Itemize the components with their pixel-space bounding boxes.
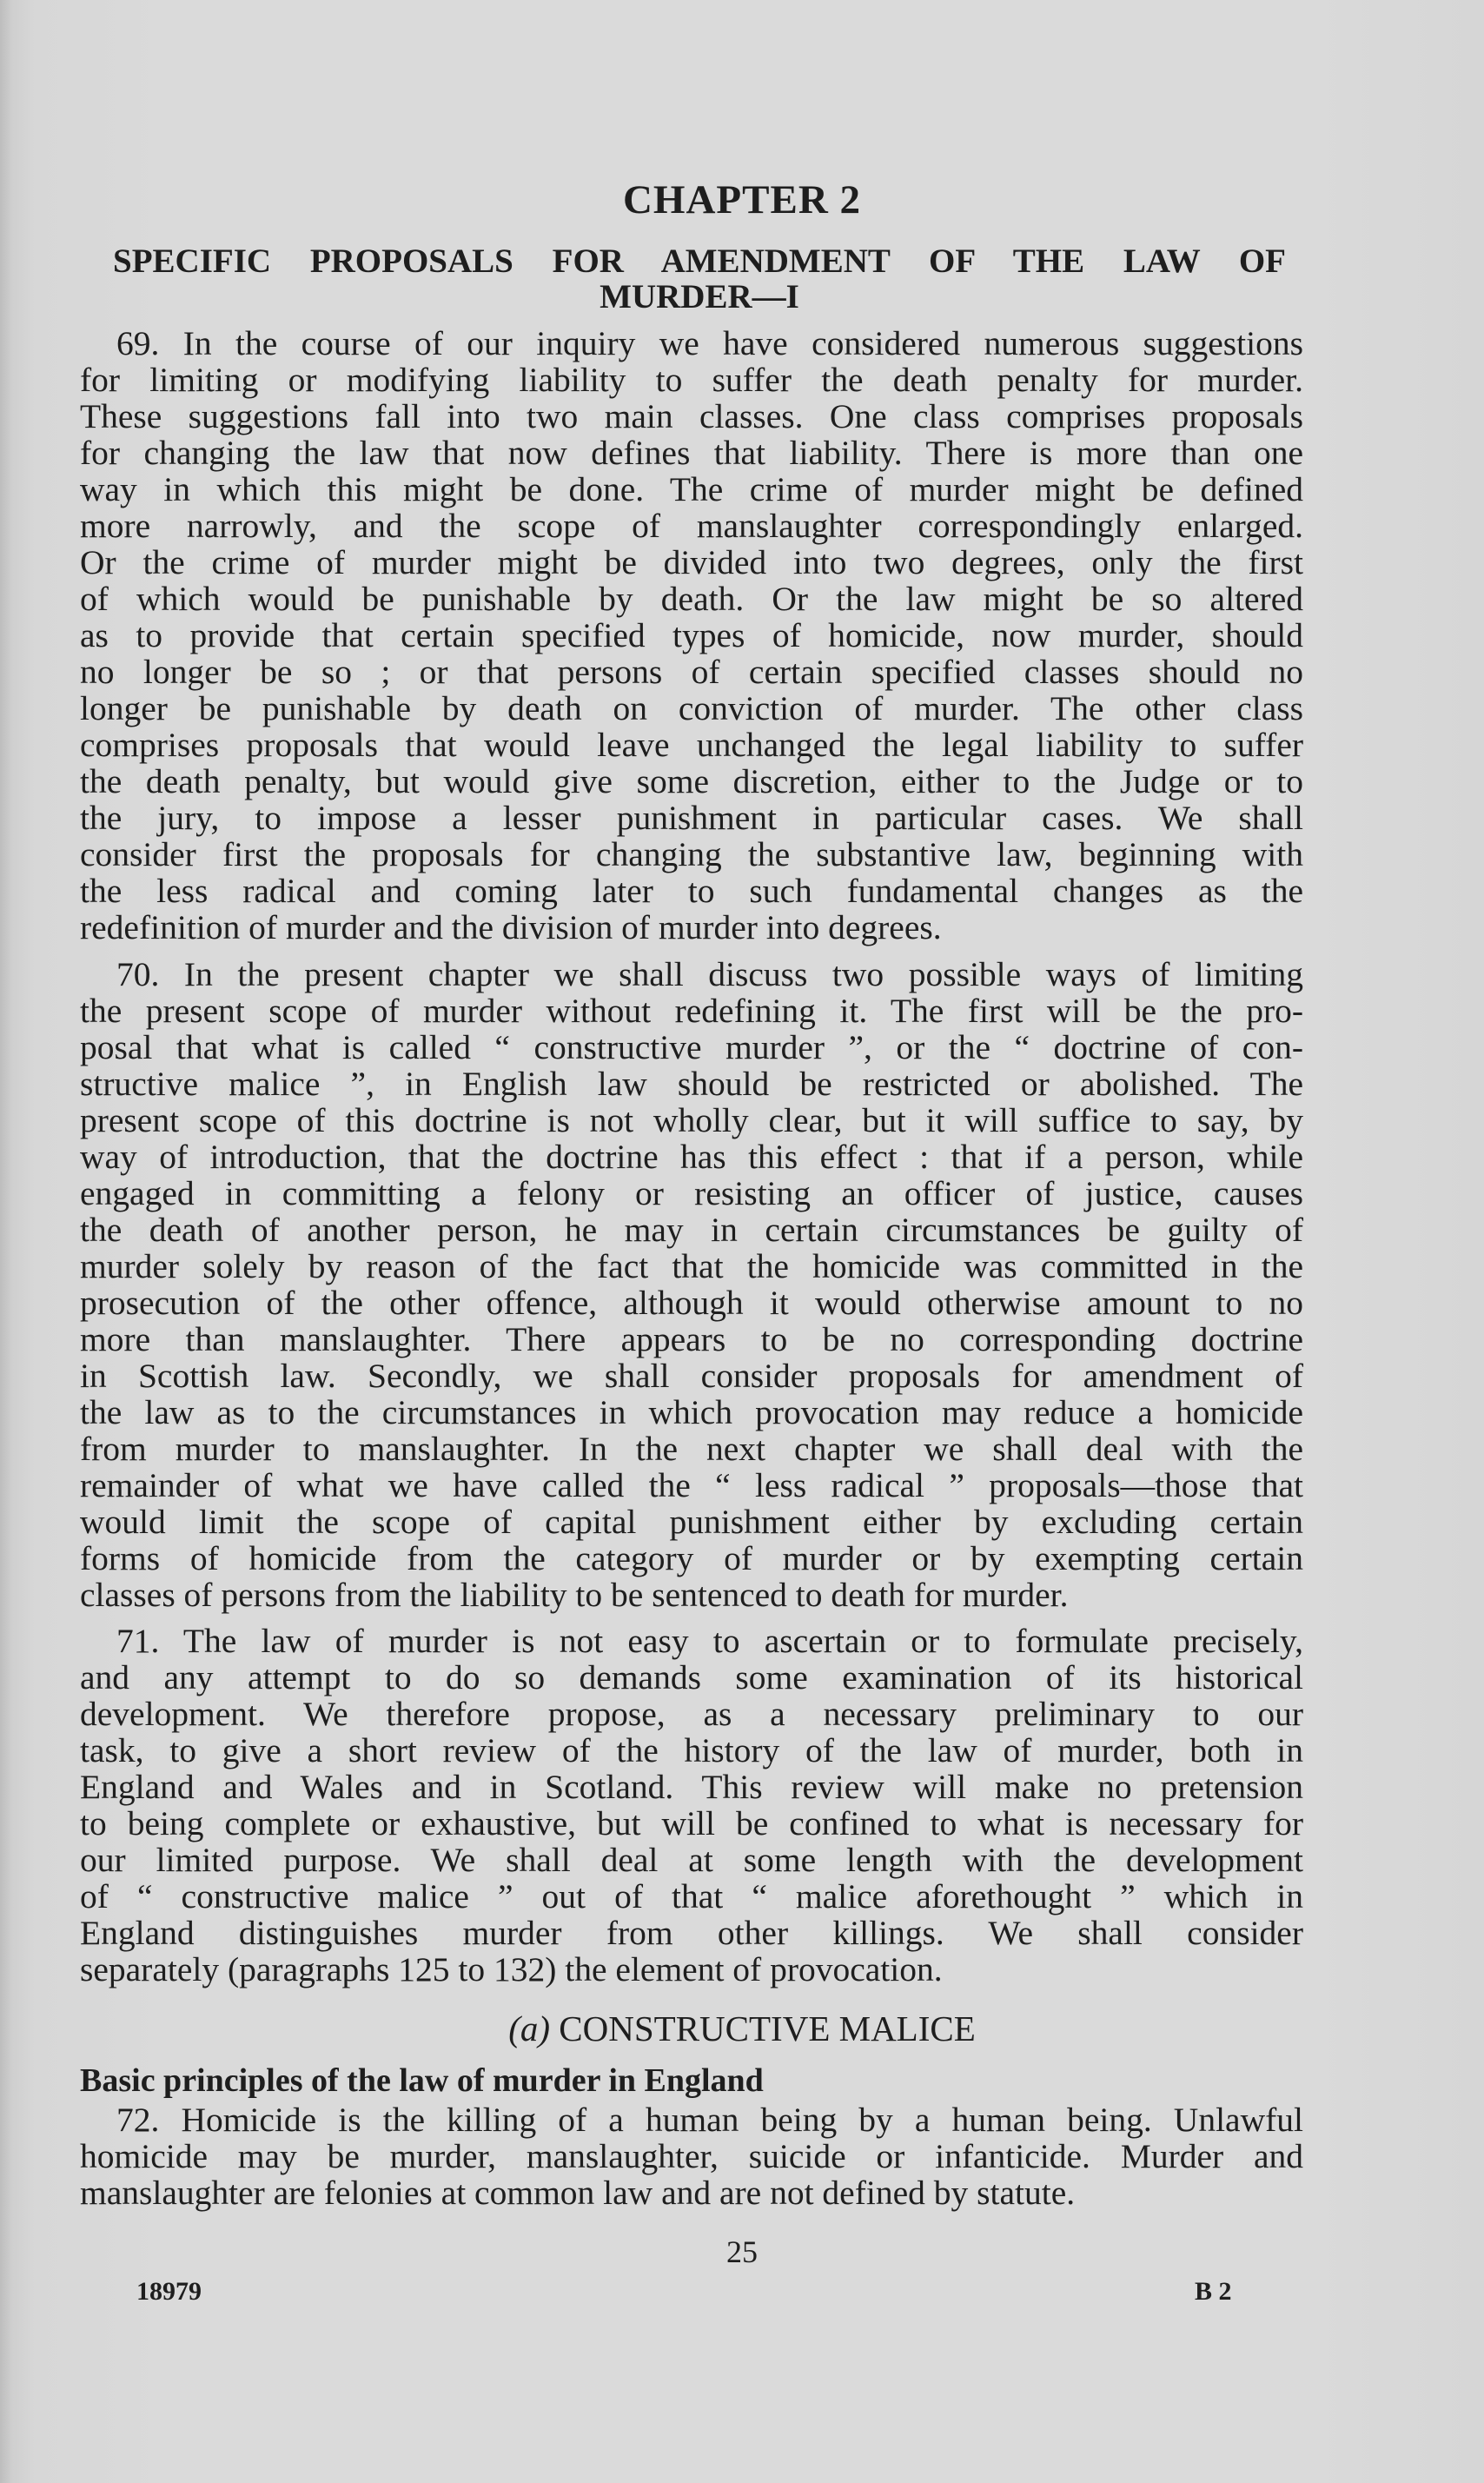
text-line: longer be punishable by death on convict…	[80, 690, 1303, 727]
text-line: of which would be punishable by death. O…	[80, 581, 1303, 617]
text-line: murder solely by reason of the fact that…	[80, 1248, 1303, 1285]
text-line: would limit the scope of capital punishm…	[80, 1504, 1303, 1540]
text-line: engaged in committing a felony or resist…	[80, 1175, 1303, 1212]
text-line: manslaughter are felonies at common law …	[80, 2174, 1303, 2211]
chapter-subtitle: SPECIFIC PROPOSALS FOR AMENDMENT OF THE …	[113, 243, 1286, 315]
text-line: more than manslaughter. There appears to…	[80, 1321, 1303, 1358]
paragraph-69: 69. In the course of our inquiry we have…	[80, 325, 1303, 956]
text-line: prosecution of the other offence, althou…	[80, 1285, 1303, 1321]
text-line: Or the crime of murder might be divided …	[80, 544, 1303, 581]
section-heading-label: CONSTRUCTIVE MALICE	[559, 2008, 975, 2048]
paragraph-72: 72. Homicide is the killing of a human b…	[80, 2101, 1303, 2221]
text-line: the less radical and coming later to suc…	[80, 873, 1303, 909]
text-line: forms of homicide from the category of m…	[80, 1540, 1303, 1577]
paragraph-70: 70. In the present chapter we shall disc…	[80, 956, 1303, 1623]
text-line: present scope of this doctrine is not wh…	[80, 1102, 1303, 1139]
text-line: no longer be so ; or that persons of cer…	[80, 654, 1303, 690]
text-line: remainder of what we have called the “ l…	[80, 1467, 1303, 1504]
paragraph-71-lines: 71. The law of murder is not easy to asc…	[80, 1623, 1303, 1988]
text-line: in Scottish law. Secondly, we shall cons…	[80, 1358, 1303, 1394]
text-line: 69. In the course of our inquiry we have…	[80, 325, 1303, 362]
text-line: 71. The law of murder is not easy to asc…	[80, 1623, 1303, 1659]
text-line: way of introduction, that the doctrine h…	[80, 1139, 1303, 1175]
section-heading: (a) CONSTRUCTIVE MALICE	[0, 2008, 1484, 2049]
text-line: structive malice ”, in English law shoul…	[80, 1066, 1303, 1102]
paragraph-71: 71. The law of murder is not easy to asc…	[80, 1623, 1303, 1998]
text-line: of “ constructive malice ” out of that “…	[80, 1878, 1303, 1915]
text-line: from murder to manslaughter. In the next…	[80, 1431, 1303, 1467]
text-line: These suggestions fall into two main cla…	[80, 398, 1303, 435]
chapter-subtitle-line: MURDER—I	[113, 279, 1286, 315]
text-line: more narrowly, and the scope of manslaug…	[80, 508, 1303, 544]
text-line: posal that what is called “ constructive…	[80, 1029, 1303, 1066]
text-line: task, to give a short review of the hist…	[80, 1732, 1303, 1769]
chapter-subtitle-line: SPECIFIC PROPOSALS FOR AMENDMENT OF THE …	[113, 243, 1286, 279]
sub-heading: Basic principles of the law of murder in…	[80, 2061, 764, 2100]
text-line: 70. In the present chapter we shall disc…	[80, 956, 1303, 993]
print-code: 18979	[136, 2277, 202, 2307]
text-line: comprises proposals that would leave unc…	[80, 727, 1303, 763]
text-line: homicide may be murder, manslaughter, su…	[80, 2138, 1303, 2174]
text-line: the death penalty, but would give some d…	[80, 763, 1303, 800]
text-line: classes of persons from the liability to…	[80, 1577, 1303, 1613]
paragraph-72-lines: 72. Homicide is the killing of a human b…	[80, 2101, 1303, 2211]
text-line: our limited purpose. We shall deal at so…	[80, 1842, 1303, 1878]
text-line: the death of another person, he may in c…	[80, 1212, 1303, 1248]
text-line: redefinition of murder and the division …	[80, 909, 1303, 946]
page-number: 25	[0, 2234, 1484, 2270]
signature-mark: B 2	[1195, 2277, 1232, 2307]
text-line: consider first the proposals for changin…	[80, 836, 1303, 873]
text-line: as to provide that certain specified typ…	[80, 617, 1303, 654]
paragraph-69-lines: 69. In the course of our inquiry we have…	[80, 325, 1303, 946]
text-line: way in which this might be done. The cri…	[80, 471, 1303, 508]
text-line: separately (paragraphs 125 to 132) the e…	[80, 1951, 1303, 1988]
text-line: development. We therefore propose, as a …	[80, 1696, 1303, 1732]
paragraph-70-lines: 70. In the present chapter we shall disc…	[80, 956, 1303, 1613]
text-line: for changing the law that now defines th…	[80, 435, 1303, 471]
text-line: and any attempt to do so demands some ex…	[80, 1659, 1303, 1696]
chapter-title: CHAPTER 2	[0, 176, 1484, 223]
text-line: the law as to the circumstances in which…	[80, 1394, 1303, 1431]
text-line: England and Wales and in Scotland. This …	[80, 1769, 1303, 1805]
text-line: to being complete or exhaustive, but wil…	[80, 1805, 1303, 1842]
document-page: CHAPTER 2 SPECIFIC PROPOSALS FOR AMENDME…	[0, 0, 1484, 2483]
text-line: for limiting or modifying liability to s…	[80, 362, 1303, 398]
text-line: England distinguishes murder from other …	[80, 1915, 1303, 1951]
section-heading-prefix: (a)	[508, 2008, 550, 2048]
text-line: 72. Homicide is the killing of a human b…	[80, 2101, 1303, 2138]
text-line: the present scope of murder without rede…	[80, 993, 1303, 1029]
text-line: the jury, to impose a lesser punishment …	[80, 800, 1303, 836]
